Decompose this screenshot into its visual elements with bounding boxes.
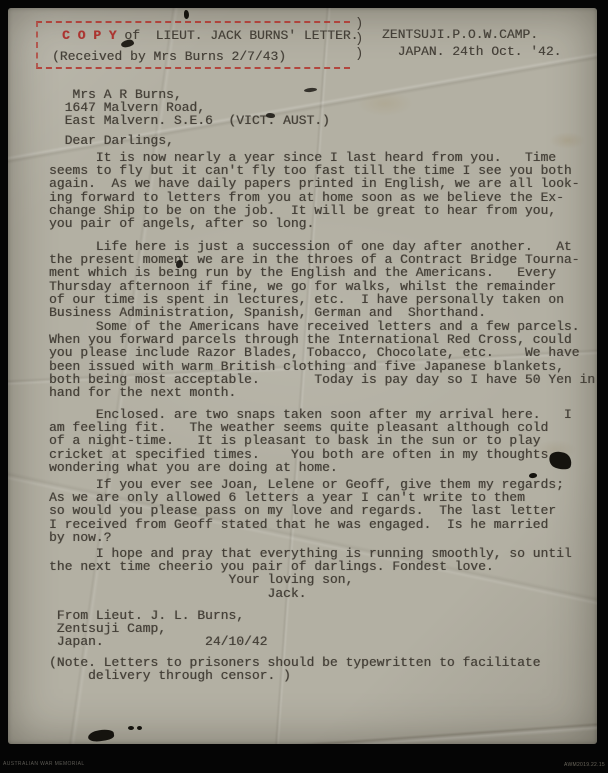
archive-scan-page: { "document_type": "scanned typewritten … (0, 0, 608, 773)
bracket-glyph: ) (355, 46, 367, 61)
censor-note: (Note. Letters to prisoners should be ty… (49, 656, 540, 682)
ink-speck-top-edge (184, 10, 189, 19)
copy-stamp-line1: C O P Y of LIEUT. JACK BURNS' LETTER. (62, 28, 358, 43)
bracket-glyph: ) (355, 31, 367, 46)
ink-smudge-near-vict (266, 113, 275, 118)
sender-block: From Lieut. J. L. Burns, Zentsuji Camp, … (49, 609, 267, 649)
letter-paragraph-4: Enclosed. are two snaps taken soon after… (49, 408, 572, 474)
copy-stamp-box: C O P Y of LIEUT. JACK BURNS' LETTER. (R… (36, 21, 350, 69)
letter-paragraph-3: Some of the Americans have received lett… (49, 320, 595, 399)
camp-address-heading: ZENTSUJI.P.O.W.CAMP. JAPAN. 24th Oct. '4… (382, 26, 561, 60)
ink-dot-bottom-2 (137, 726, 142, 730)
copy-stamp-received-line: (Received by Mrs Burns 2/7/43) (52, 49, 286, 64)
copy-stamp-word: C O P Y (62, 28, 117, 43)
bracket-glyph: ) (355, 16, 367, 31)
archive-watermark-label: AUSTRALIAN WAR MEMORIAL (3, 761, 85, 767)
letter-closing-signature: I hope and pray that everything is runni… (49, 547, 572, 600)
recipient-address: Mrs A R Burns, 1647 Malvern Road, East M… (49, 88, 330, 128)
ink-blot-bottom-left (87, 728, 114, 743)
ink-dot-bottom-1 (128, 726, 134, 730)
letter-paper-sheet: C O P Y of LIEUT. JACK BURNS' LETTER. (R… (8, 8, 597, 744)
letter-paragraph-1: It is now nearly a year since I last hea… (49, 151, 580, 230)
salutation: Dear Darlings, (49, 134, 174, 147)
copy-stamp-title: of LIEUT. JACK BURNS' LETTER. (117, 28, 359, 43)
letter-paragraph-2: Life here is just a succession of one da… (49, 240, 580, 319)
letter-paragraph-5: If you ever see Joan, Lelene or Geoff, g… (49, 478, 564, 544)
typed-bracket-column: ) ) ) (355, 16, 367, 61)
catalog-number: AWM2019.22.15 (564, 762, 605, 768)
